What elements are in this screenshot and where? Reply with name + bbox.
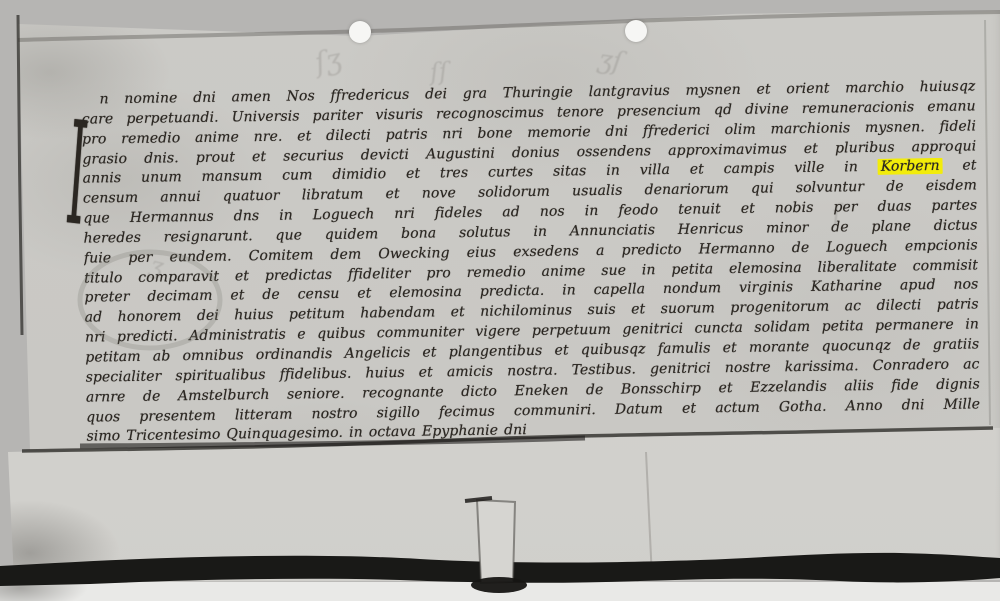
right-edge-crease: [985, 20, 990, 425]
fold-seam-shadow-dark: [80, 438, 585, 446]
parchment-left-edge: [18, 15, 22, 335]
seal-tag-shadow-blob: [471, 577, 527, 593]
charter-photograph: ſʒ ʒſ ſ ʒ ſſ I n nomine dni amen Nos ffr…: [0, 0, 1000, 601]
parchment-top-edge: [18, 12, 1000, 40]
show-through-oval: [80, 252, 220, 348]
plica-crease: [646, 452, 652, 578]
punch-hole-right: [625, 20, 647, 42]
punch-hole-left: [349, 21, 371, 43]
photo-shadows-overlay: [0, 0, 1000, 601]
